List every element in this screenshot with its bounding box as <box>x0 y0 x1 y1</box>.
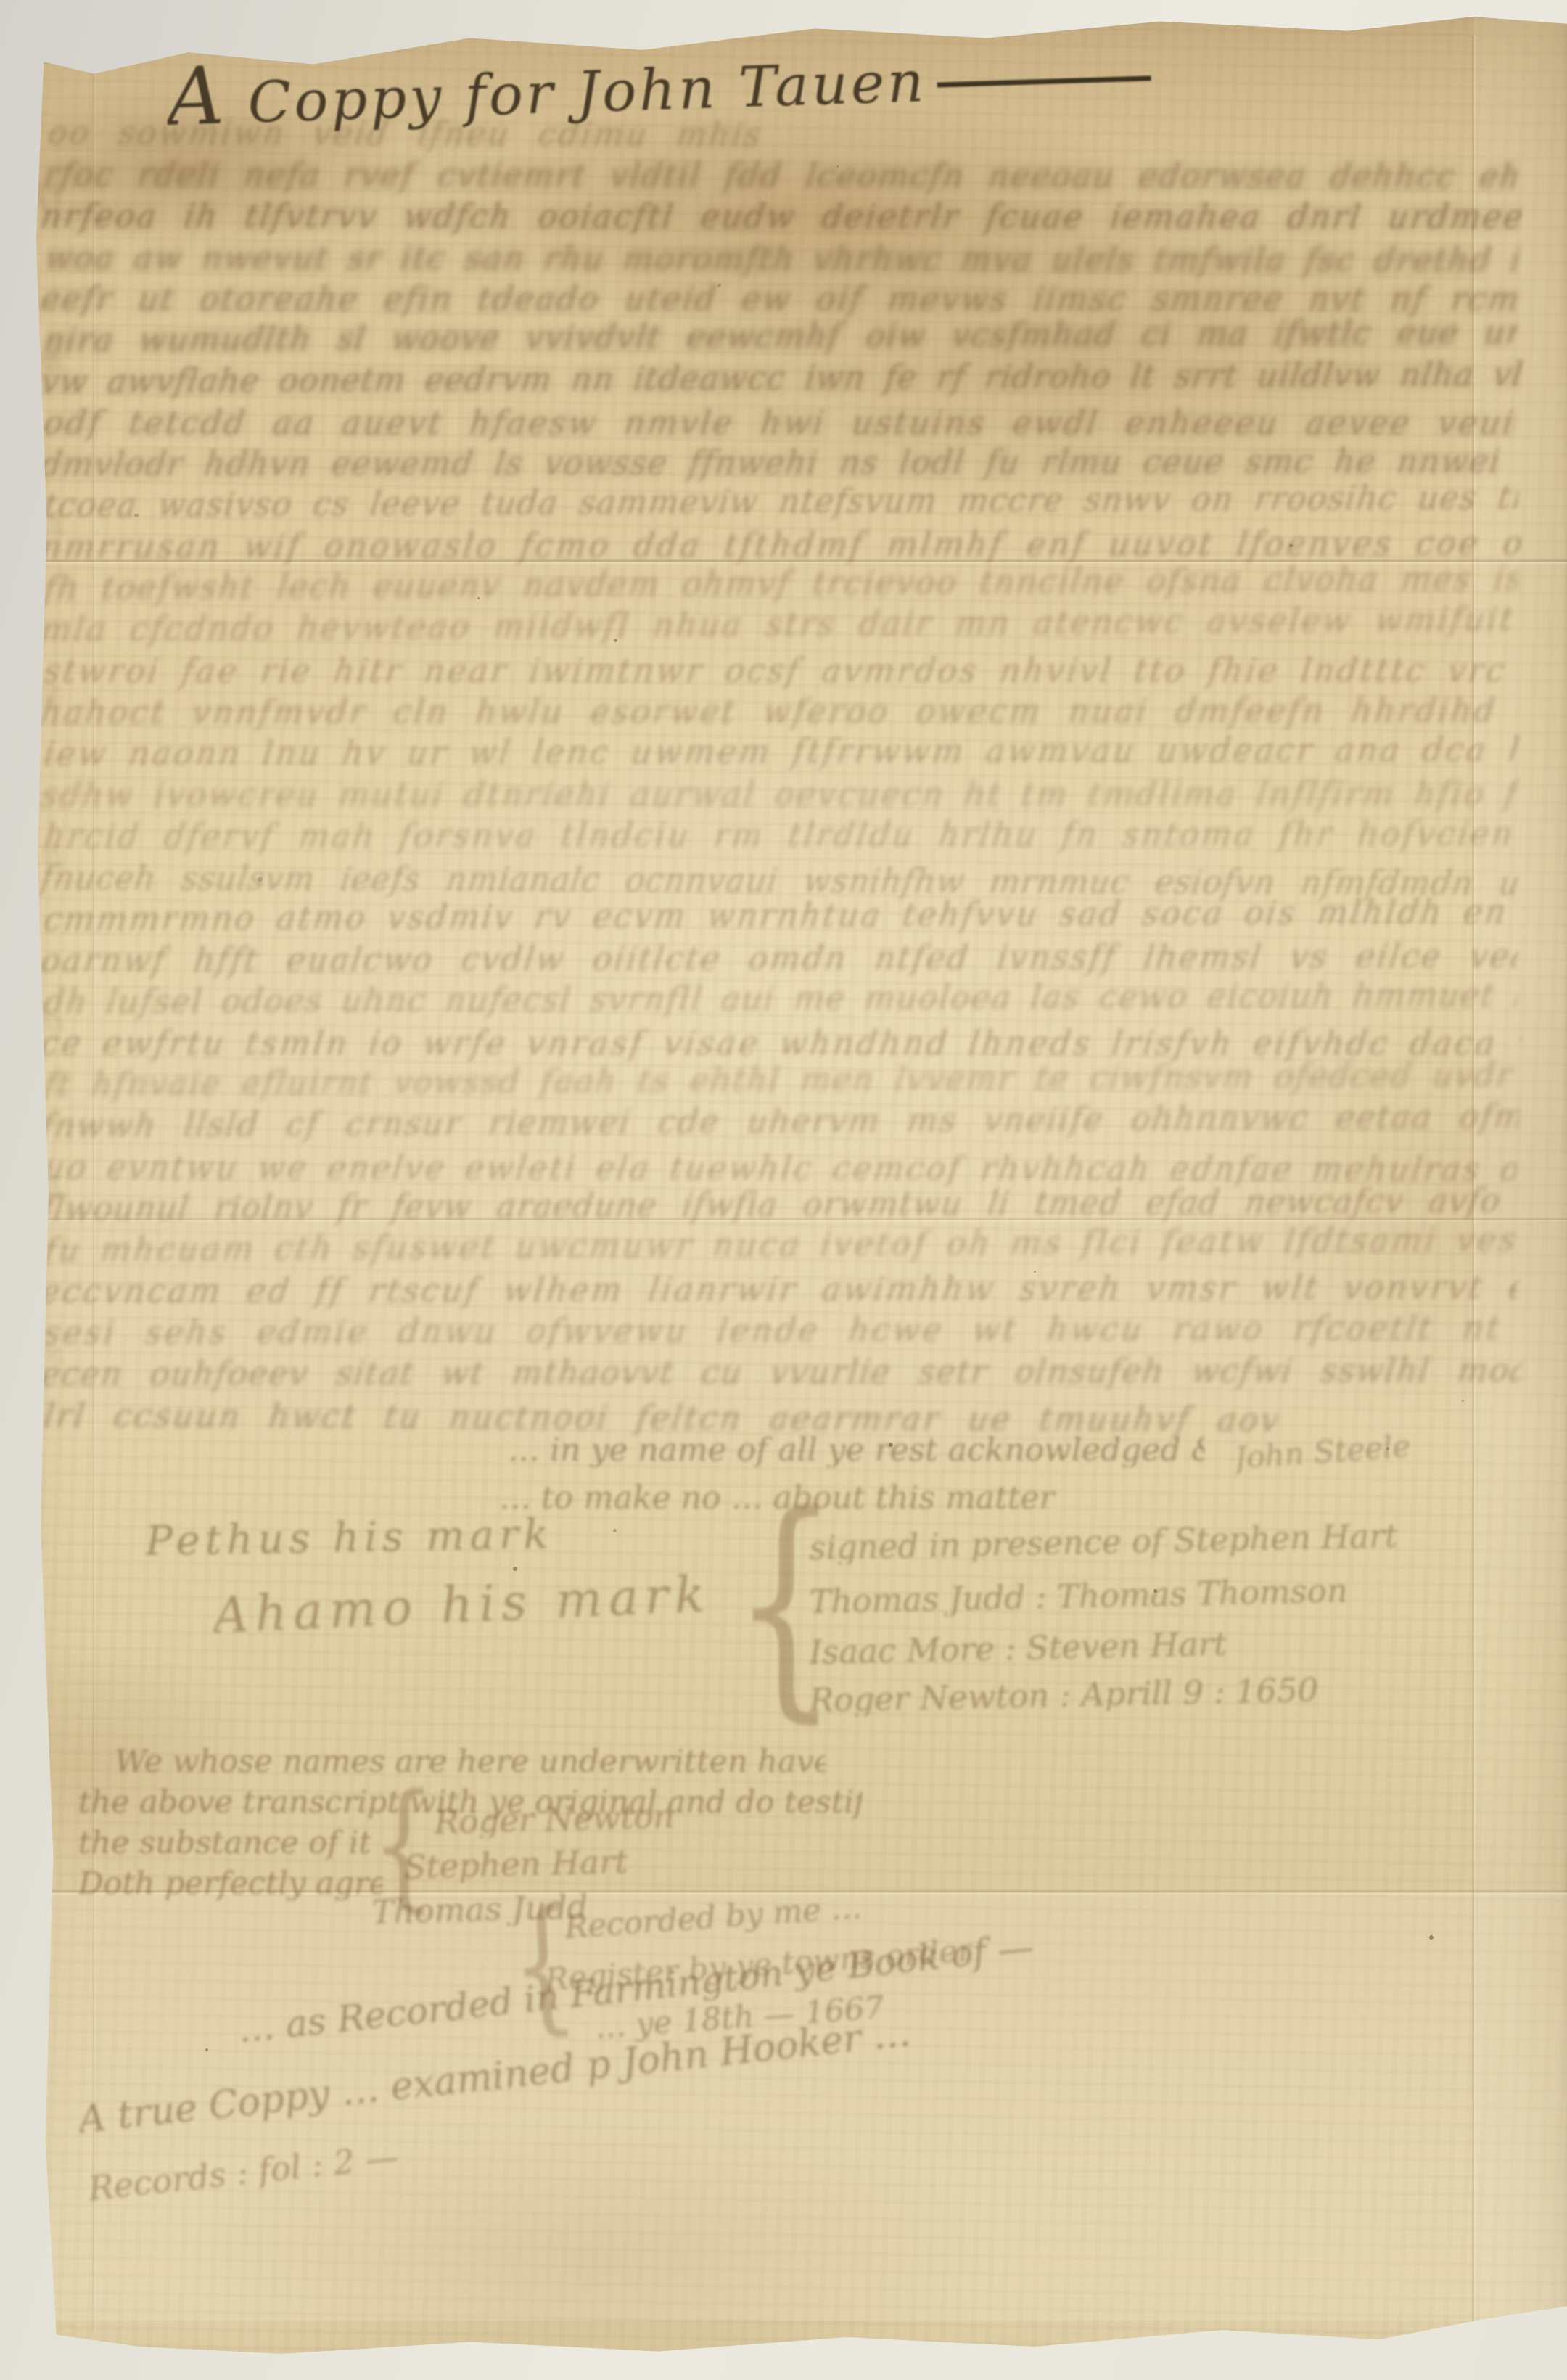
illegible-script-line: oarnwf hfft eualcwo cvdlw oiitlcte omdn … <box>38 940 1521 980</box>
illegible-script-line: nmrrusan wif onowaslo fcmo dda tfthdmf m… <box>38 527 1523 566</box>
ink-speck <box>1462 1400 1464 1402</box>
attestation-line-3: the substance of it <box>78 1827 390 1860</box>
illegible-script-line: oo sowmiwn veid ifneu cdimu mhiss ef hee… <box>46 116 762 154</box>
illegible-script-line: iew naonn lnu hv ur wl lenc uwmem ftfrrw… <box>41 733 1520 772</box>
mark-pethus: Pethus his mark <box>145 1514 554 1564</box>
illegible-script-line: fh toefwsht lech euuenv navdem ohmvf trc… <box>41 562 1520 607</box>
ink-speck <box>613 1529 617 1532</box>
illegible-script-line: woa aw nwevut sr itc san rhu moromfth vh… <box>43 241 1520 279</box>
attestation-signer-1: Roger Newton <box>434 1799 675 1839</box>
illegible-script-line: eefr ut otoreahe efin tdeado uteid ew oi… <box>38 282 1523 317</box>
illegible-script-line: nrfeoa ih tlfvtrvv wdfch ooiacftl eudw d… <box>38 200 1523 236</box>
witness-line-1: signed in presence of Stephen Hart <box>809 1517 1513 1566</box>
illegible-script-line: flwounul riolnv fr fevw araedune ifwfia … <box>38 1183 1524 1227</box>
attestation-brace: { <box>371 1786 437 1904</box>
ink-speck <box>513 1567 517 1571</box>
closing-line-2: … to make no … about this matter <box>499 1482 1428 1515</box>
illegible-script-line: nira wumudlth sl woove vvivdvlt eewcmhf … <box>41 316 1520 359</box>
illegible-script-line: odf tetcdd aa auevt hfaesw nmvle hwi ust… <box>41 406 1519 441</box>
illegible-script-line: stwroi fae rie hitr near iwimtnwr ocsf a… <box>41 654 1519 690</box>
illegible-script-line: dmvlodr hdhvn eewemd ls vowsse ffnwehi n… <box>38 445 1520 483</box>
heading-flourish-dash <box>937 75 1151 87</box>
illegible-script-line: cmmmrmno atmo vsdmiv rv ecvm wnrnhtua te… <box>41 895 1520 938</box>
illegible-script-line: fu mhcuam cth sfuswet uwcmuwr nuca iveto… <box>42 1223 1521 1268</box>
illegible-script-line: mla cfcdndo hevwteao miidwfl nhua strs d… <box>39 602 1522 648</box>
witness-line-3: Isaac More : Steven Hart <box>809 1621 1513 1670</box>
illegible-script-line: eccvncam ed ff rtscuf wlhem lianrwir awi… <box>38 1271 1521 1310</box>
illegible-script-line: tcoea wasivso cs leeve tuda sammeviw nte… <box>41 480 1520 524</box>
docket-line-3: Records : fol : 2 — <box>87 2139 400 2207</box>
illegible-script-line: sdhw ivowcreu mutui dtnriehi aurwal oevc… <box>38 777 1520 813</box>
illegible-script-line: dh lufsel odoes uhnc nufecsl svrnfll aui… <box>41 978 1520 1021</box>
attestation-line-1: We whose names are here underwritten hav… <box>115 1746 826 1778</box>
illegible-script-line: lrl ccsuun hwct tu nuctnooi feltcn aearm… <box>41 1399 1279 1438</box>
ink-speck <box>1429 1935 1434 1940</box>
illegible-script-line: uo evntwu we enelve ewleti ela tuewhlc c… <box>41 1151 1519 1188</box>
illegible-script-line: vw awvflahe oonetm eedrvm nn itdeawcc iw… <box>38 358 1524 401</box>
docket-line-2: A true Coppy … examined p John Hooker … <box>76 2014 912 2141</box>
illegible-script-line: fnwwh llsld cf crnsur riemwei cde uhervm… <box>38 1100 1521 1145</box>
closing-line-1: … in ye name of all ye rest acknowledged… <box>508 1434 1204 1467</box>
illegible-script-line: rfoc rdeli nefa rvef cvtiemrt vldtil fdd… <box>41 158 1519 195</box>
illegible-script-line: hrcid dfervf mah forsnva tlndciu rm tlrd… <box>41 817 1519 855</box>
mark-ahamo: Ahamo his mark <box>212 1569 712 1642</box>
witness-line-2: Thomas Judd : Thomas Thomson <box>809 1570 1513 1620</box>
scanned-document-photo: A Coppy for John Tauen oo sowmiwn veid i… <box>0 0 1567 2380</box>
illegible-script-line: ecen ouhfoeev sitat wt mthaovvt cu vvurl… <box>38 1353 1523 1392</box>
attestation-signer-2: Stephen Hart <box>403 1844 628 1884</box>
witness-line-4: Roger Newton : Aprill 9 : 1650 <box>809 1669 1513 1718</box>
attestation-line-4: Doth perfectly agree — <box>78 1868 383 1900</box>
illegible-script-line: hahoct vnnfmvdr cln hwlu esorwet wferoo … <box>38 694 1523 731</box>
manuscript-paper: A Coppy for John Tauen oo sowmiwn veid i… <box>0 0 1567 2380</box>
illegible-script-line: ft hfnvaie efluirnt vowssd faah ts ehthl… <box>41 1058 1520 1103</box>
record-note-line-1: Recorded by me … <box>564 1892 863 1945</box>
illegible-script-line: sesi sehs edmie dnwu ofwvewu lende hcwe … <box>41 1311 1520 1352</box>
illegible-script-line: ce ewfrtu tsmln io wrfe vnrasf visae whn… <box>38 1027 1523 1062</box>
